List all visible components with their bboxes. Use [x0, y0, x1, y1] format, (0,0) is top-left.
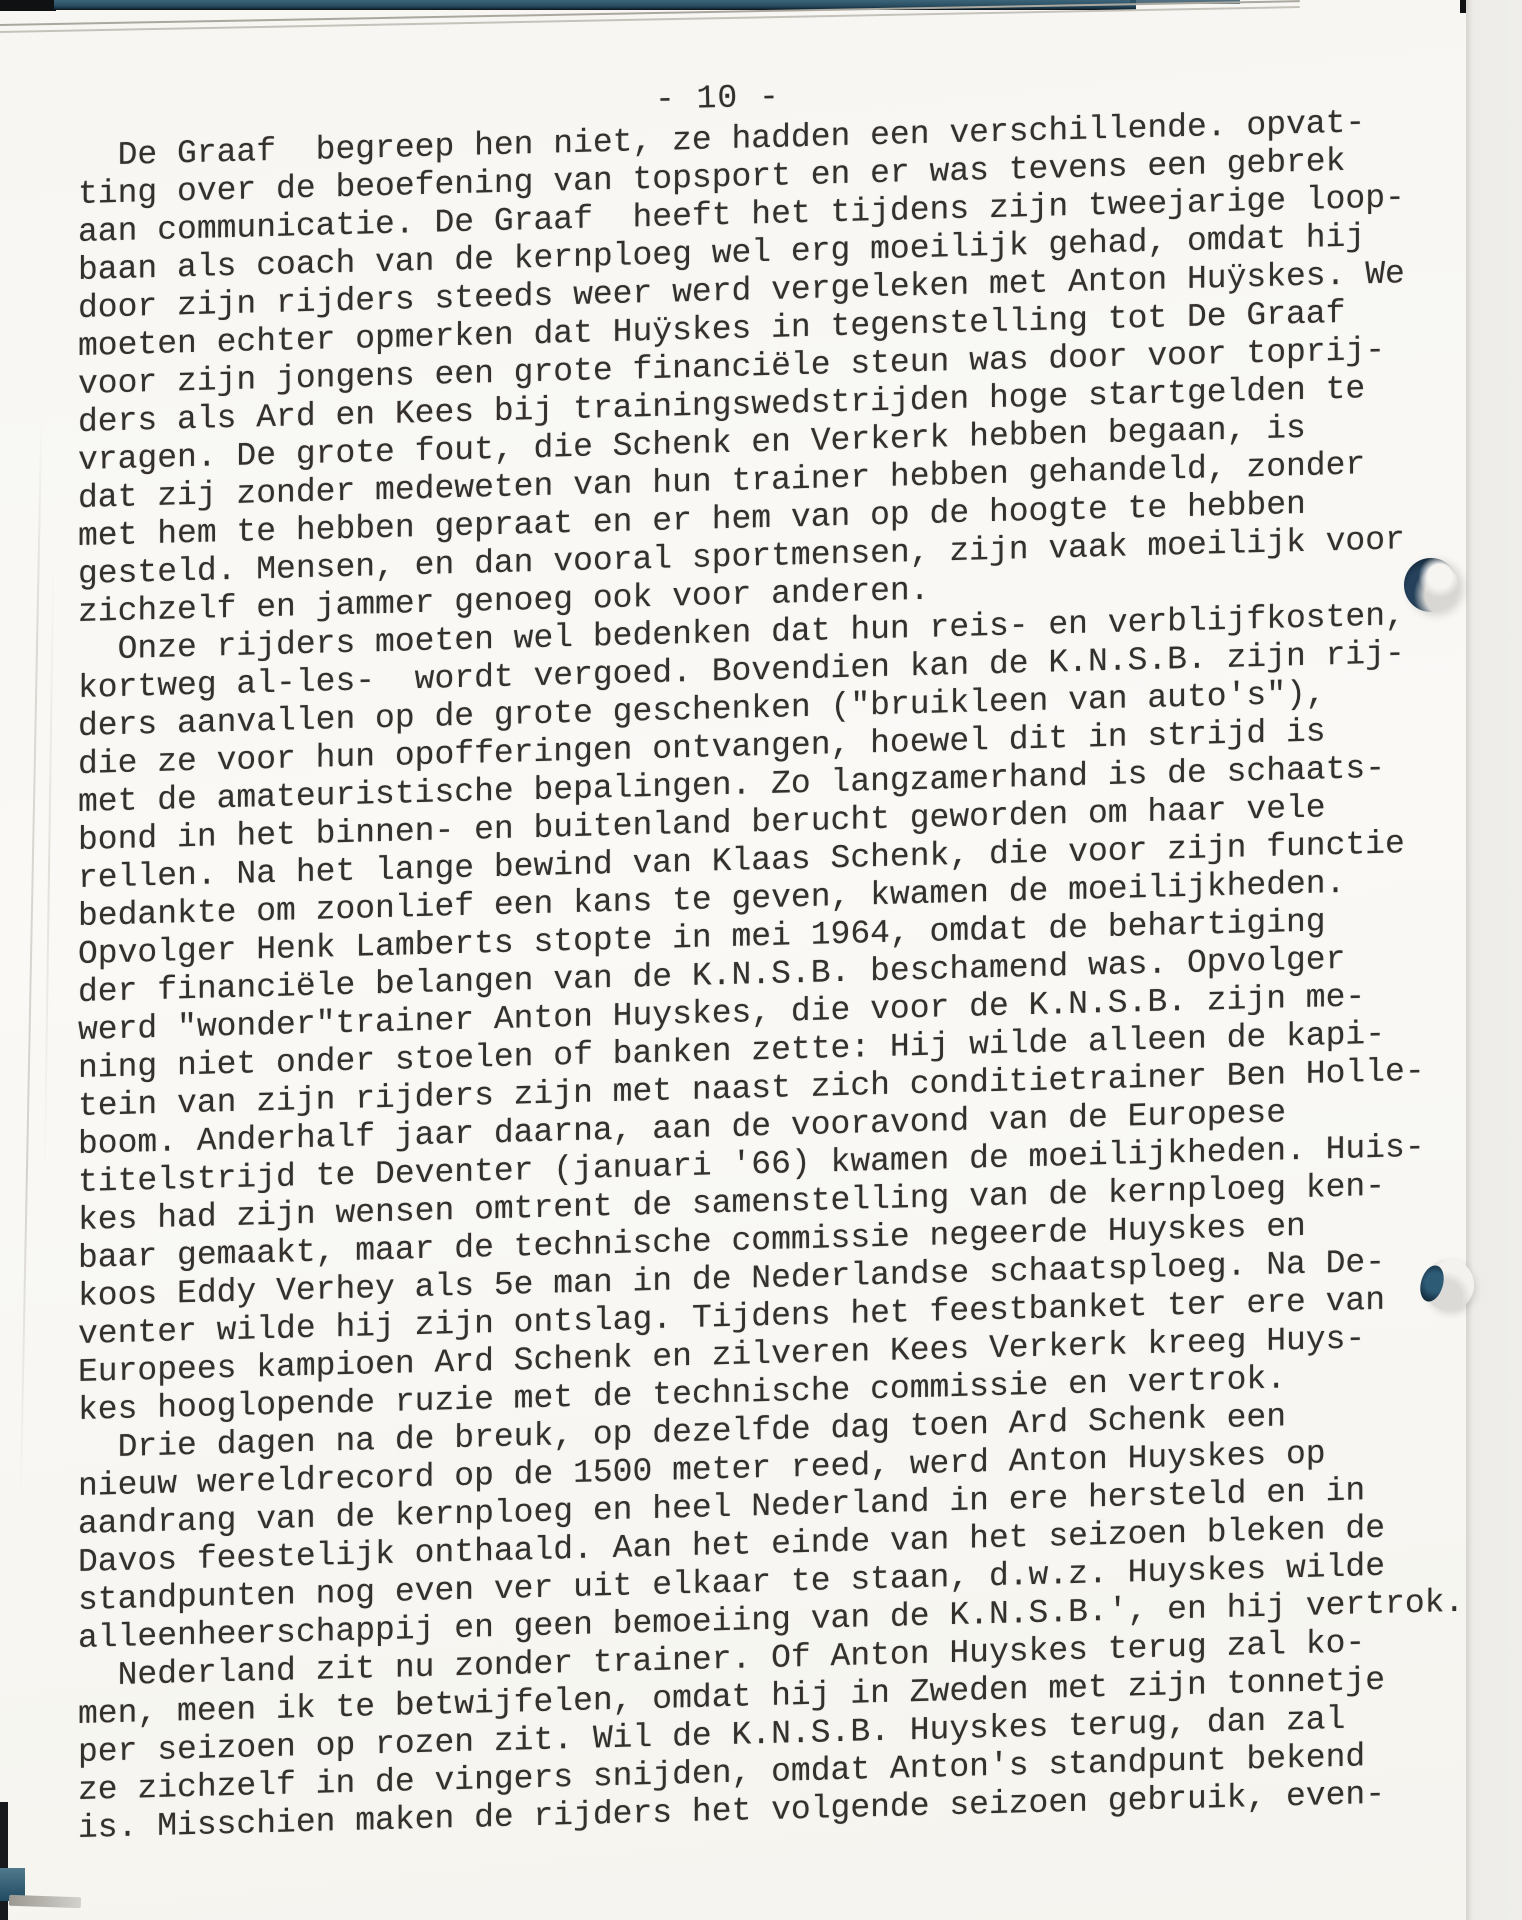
- paper-crease: [20, 420, 43, 1500]
- document-text: De Graaf begreep hen niet, ze hadden een…: [78, 101, 1478, 1848]
- bottom-edge-mark: [9, 1895, 81, 1909]
- top-binding-band: [54, 0, 1136, 10]
- bottom-binding-bar: [0, 1802, 8, 1920]
- page-number: - 10 -: [655, 79, 781, 119]
- paper-crease: [44, 560, 55, 1180]
- scanned-page: - 10 - De Graaf begreep hen niet, ze had…: [0, 0, 1522, 1920]
- top-binding-band-left: [0, 0, 56, 11]
